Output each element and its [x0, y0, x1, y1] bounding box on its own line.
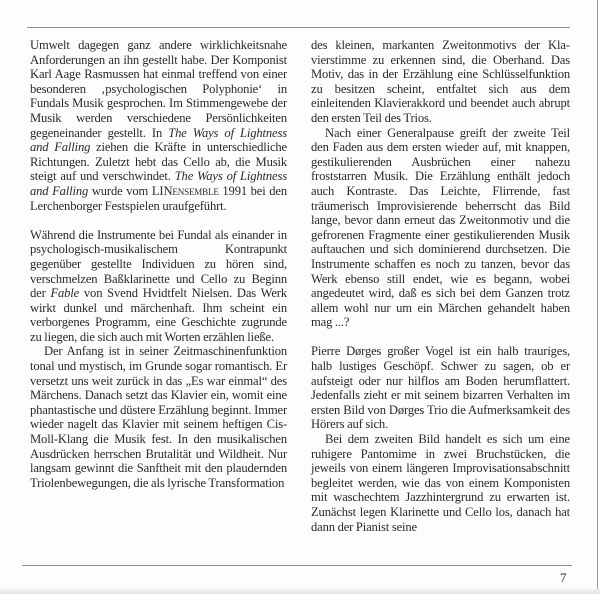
left-column: Umwelt dagegen ganz andere wirklichkeits… [30, 38, 287, 490]
work-title: Fable [50, 286, 79, 300]
ensemble-name: LINensemble [152, 184, 219, 198]
page-edge [597, 0, 598, 594]
paragraph: Während die Instrumente bei Fundal als e… [30, 228, 287, 345]
text-run: Umwelt dagegen ganz andere wirklichkeits… [30, 38, 287, 140]
paragraph: Umwelt dagegen ganz andere wirklichkeits… [30, 38, 287, 213]
ensemble-prefix: LIN [152, 184, 173, 198]
text-run: wurde vom [88, 184, 152, 198]
paragraph: Pierre Dørges großer Vogel ist ein halb … [311, 344, 570, 432]
ensemble-suffix: ensemble [172, 184, 218, 198]
bottom-rule [22, 565, 572, 566]
paragraph: Bei dem zweiten Bild handelt es sich um … [311, 432, 570, 534]
paragraph: Nach einer Generalpause greift der zweit… [311, 126, 570, 330]
paragraph: des kleinen, markanten Zweitonmotivs der… [311, 38, 570, 126]
paragraph: Der Anfang ist in seiner Zeitmaschinenfu… [30, 344, 287, 490]
page-bottom-shadow [0, 589, 600, 594]
page-number: 7 [560, 570, 567, 586]
top-rule [27, 27, 570, 28]
right-column: des kleinen, markanten Zweitonmotivs der… [311, 38, 570, 534]
